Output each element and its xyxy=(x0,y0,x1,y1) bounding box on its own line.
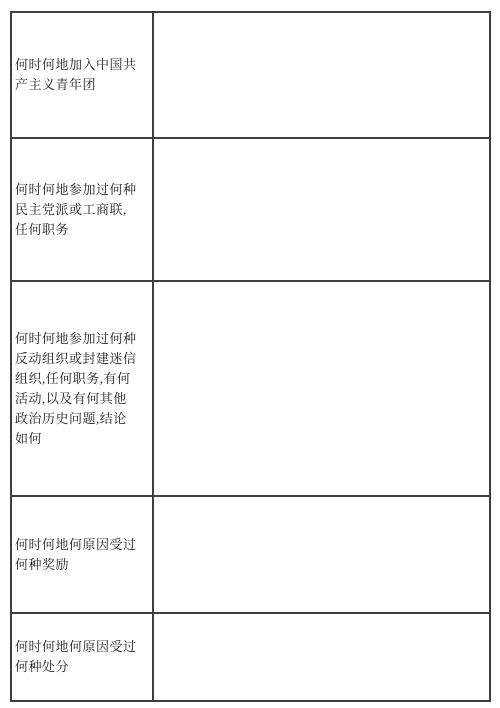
field-label-text: 何时何地何原因受过 何种处分 xyxy=(15,637,137,677)
field-label-text: 何时何地何原因受过 何种奖励 xyxy=(15,535,137,575)
field-value-punishments xyxy=(154,614,489,700)
field-label-youth-league: 何时何地加入中国共 产主义青年团 xyxy=(12,13,152,137)
field-value-rewards xyxy=(154,497,489,612)
field-label-punishments: 何时何地何原因受过 何种处分 xyxy=(12,614,152,700)
field-label-text: 何时何地加入中国共 产主义青年团 xyxy=(15,55,137,95)
scanned-form-page: 何时何地加入中国共 产主义青年团 何时何地参加过何种 民主党派或工商联, 任何职… xyxy=(0,0,500,708)
field-value-democratic-parties xyxy=(154,139,489,280)
field-label-reactionary-organizations: 何时何地参加过何种 反动组织或封建迷信 组织,任何职务,有何 活动,以及有何其他… xyxy=(12,282,152,495)
field-label-text: 何时何地参加过何种 反动组织或封建迷信 组织,任何职务,有何 活动,以及有何其他… xyxy=(15,329,137,449)
field-value-reactionary-organizations xyxy=(154,282,489,495)
personnel-form-table: 何时何地加入中国共 产主义青年团 何时何地参加过何种 民主党派或工商联, 任何职… xyxy=(10,11,491,702)
field-label-democratic-parties: 何时何地参加过何种 民主党派或工商联, 任何职务 xyxy=(12,139,152,280)
field-label-text: 何时何地参加过何种 民主党派或工商联, 任何职务 xyxy=(15,180,137,240)
field-label-rewards: 何时何地何原因受过 何种奖励 xyxy=(12,497,152,612)
field-value-youth-league xyxy=(154,13,489,137)
